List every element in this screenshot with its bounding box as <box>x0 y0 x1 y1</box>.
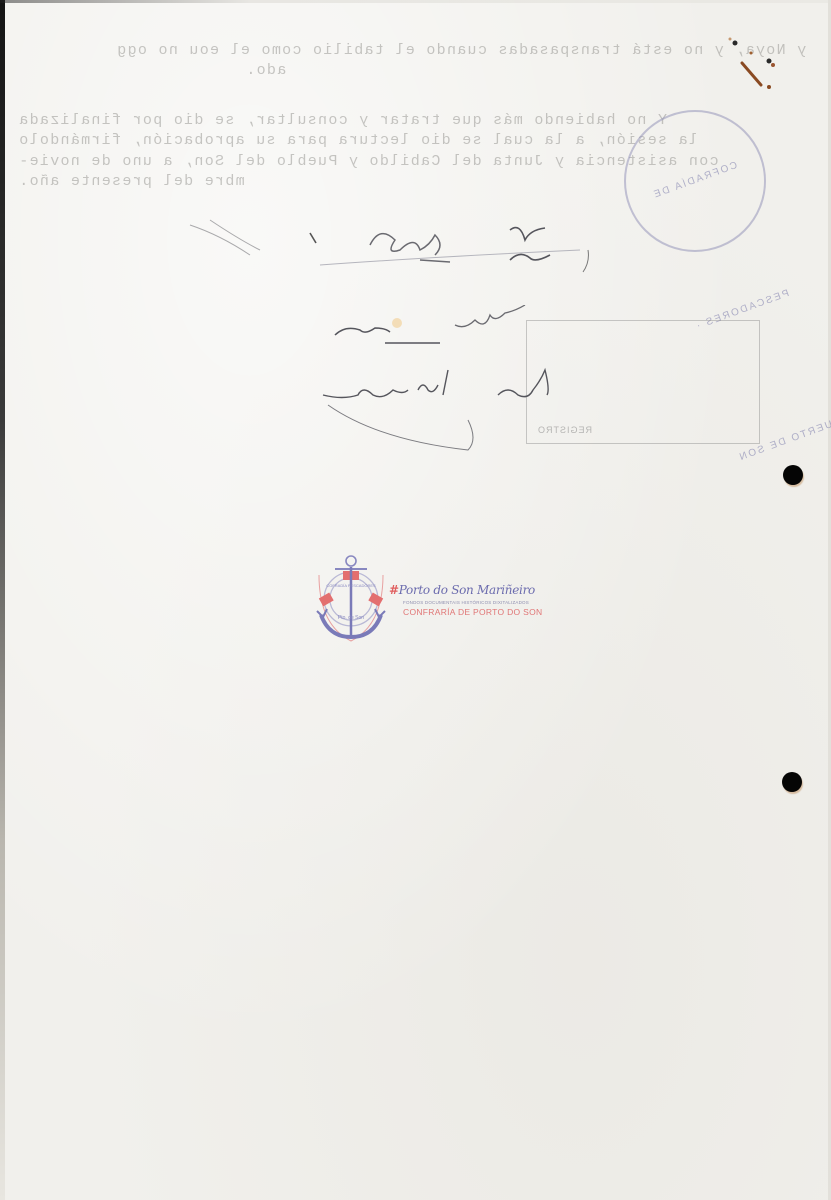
signature-1 <box>180 205 620 285</box>
svg-text:COFRADÍA PESCADORES: COFRADÍA PESCADORES <box>326 583 376 588</box>
punch-hole <box>783 465 803 485</box>
watermark-subtitle: FONDOS DOCUMENTAIS HISTÓRICOS DIXITALIZA… <box>403 600 529 605</box>
bleed-through-line: ado. <box>245 62 286 79</box>
bleed-through-line: y Noya, y no está transpasadas cuando el… <box>116 42 806 59</box>
svg-text:Pto. de Son: Pto. de Son <box>338 615 364 621</box>
anchor-lifebuoy-logo-icon: COFRADÍA PESCADORES Pto. de Son <box>315 553 387 645</box>
punch-hole <box>782 772 802 792</box>
hash-icon: # <box>389 583 399 597</box>
scan-left-edge <box>0 0 5 1200</box>
signature-3 <box>318 365 578 460</box>
document-page: y Noya, y no está transpasadas cuando el… <box>0 0 831 1200</box>
signature-2 <box>325 305 555 355</box>
archive-watermark: COFRADÍA PESCADORES Pto. de Son #Porto d… <box>315 553 525 648</box>
rust-stain <box>725 35 790 95</box>
round-stamp: COFRADÍA DE PESCADORES · PUERTO DE SON <box>624 110 766 252</box>
scan-top-edge <box>0 0 831 3</box>
watermark-title-text: Porto do Son Mariñeiro <box>399 583 535 597</box>
watermark-organization: CONFRARÍA DE PORTO DO SON <box>403 607 542 617</box>
watermark-title: #Porto do Son Mariñeiro <box>389 583 535 597</box>
